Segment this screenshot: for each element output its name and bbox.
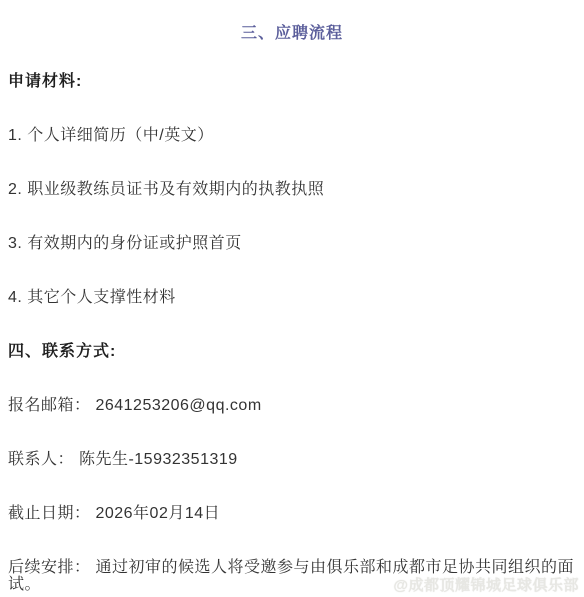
contact-person-line: 联系人： 陈先生-15932351319 [8,451,576,468]
page-title: 三、应聘流程 [8,25,576,42]
contact-heading: 四、联系方式: [8,343,576,360]
watermark: @成都顶耀锦城足球俱乐部 [393,578,579,594]
recruitment-notice-page: 三、应聘流程 申请材料: 1. 个人详细简历（中/英文） 2. 职业级教练员证书… [0,0,584,597]
contact-email-line: 报名邮箱： 2641253206@qq.com [8,397,576,414]
material-item-1: 1. 个人详细简历（中/英文） [8,127,576,144]
material-item-2: 2. 职业级教练员证书及有效期内的执教执照 [8,181,576,198]
contact-deadline-line: 截止日期： 2026年02月14日 [8,505,576,522]
materials-heading: 申请材料: [8,73,576,90]
material-item-4: 4. 其它个人支撑性材料 [8,289,576,306]
material-item-3: 3. 有效期内的身份证或护照首页 [8,235,576,252]
